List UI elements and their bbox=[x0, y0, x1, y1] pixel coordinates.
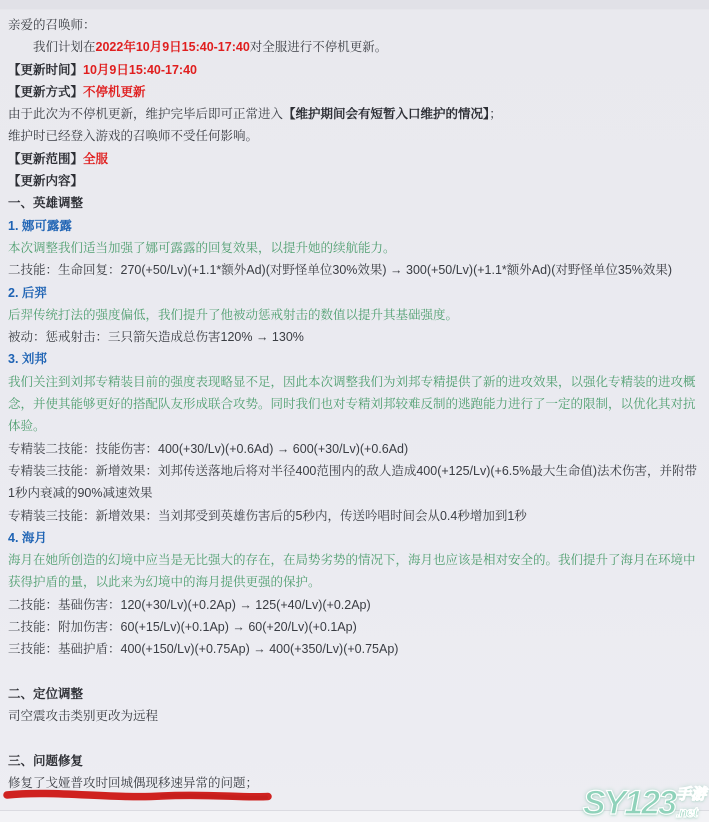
maintenance-note-1: 由于此次为不停机更新，维护完毕后即可正常进入【维护期间会有短暂入口维护的情况】； bbox=[8, 103, 701, 125]
section-2-title: 二、定位调整 bbox=[8, 683, 701, 705]
text-segment: 对全服进行不停机更新。 bbox=[250, 40, 388, 54]
text-segment: 3. 刘邦 bbox=[8, 352, 47, 366]
update-time: 【更新时间】10月9日15:40-17:40 bbox=[8, 59, 701, 81]
watermark-side-top-text: 手游 bbox=[676, 787, 706, 802]
top-gray-strip bbox=[0, 0, 709, 10]
update-content-label: 【更新内容】 bbox=[8, 170, 701, 192]
text-segment: 【更新内容】 bbox=[8, 174, 83, 188]
text-segment: 本次调整我们适当加强了娜可露露的回复效果，以提升她的续航能力。 bbox=[8, 241, 396, 255]
text-segment: 我们计划在 bbox=[33, 40, 96, 54]
section-3-title: 三、问题修复 bbox=[8, 750, 701, 772]
hero-2-note: 后羿传统打法的强度偏低，我们提升了他被动惩戒射击的数值以提升其基础强度。 bbox=[8, 304, 701, 326]
hero-4-note: 海月在她所创造的幻境中应当是无比强大的存在，在局势劣势的情况下，海月也应该是相对… bbox=[8, 549, 701, 594]
text-segment: 维护时已经登入游戏的召唤师不受任何影响。 bbox=[8, 129, 258, 143]
text-segment: ； bbox=[489, 107, 502, 121]
hero-4-skill-3: 三技能：基础护盾：400(+150/Lv)(+0.75Ap) → 400(+35… bbox=[8, 638, 701, 660]
section-2-item: 司空震攻击类别更改为远程 bbox=[8, 705, 701, 727]
hero-1-note: 本次调整我们适当加强了娜可露露的回复效果，以提升她的续航能力。 bbox=[8, 237, 701, 259]
text-segment: 不停机更新 bbox=[83, 85, 146, 99]
text-segment: 后羿传统打法的强度偏低，我们提升了他被动惩戒射击的数值以提升其基础强度。 bbox=[8, 308, 458, 322]
text-segment: 二、定位调整 bbox=[8, 687, 83, 701]
text-segment: 二技能：生命回复：270(+50/Lv)(+1.1*额外Ad)(对野怪单位30%… bbox=[8, 263, 672, 277]
text-segment: 一、英雄调整 bbox=[8, 196, 83, 210]
blank-2 bbox=[8, 728, 701, 750]
hero-1-title: 1. 娜可露露 bbox=[8, 215, 701, 237]
section-1-title: 一、英雄调整 bbox=[8, 192, 701, 214]
greeting: 亲爱的召唤师： bbox=[8, 14, 701, 36]
hero-4-skill-1: 二技能：基础伤害：120(+30/Lv)(+0.2Ap) → 125(+40/L… bbox=[8, 594, 701, 616]
hero-4-skill-2: 二技能：附加伤害：60(+15/Lv)(+0.1Ap) → 60(+20/Lv)… bbox=[8, 616, 701, 638]
watermark-main-text: SY123 bbox=[583, 786, 675, 820]
sy123-watermark-logo: SY123 手游 .net bbox=[583, 786, 706, 820]
text-segment: 三、问题修复 bbox=[8, 754, 83, 768]
content: 亲爱的召唤师：我们计划在2022年10月9日15:40-17:40对全服进行不停… bbox=[0, 10, 709, 794]
update-method: 【更新方式】不停机更新 bbox=[8, 81, 701, 103]
hero-3-note: 我们关注到刘邦专精装目前的强度表现略显不足，因此本次调整我们为刘邦专精提供了新的… bbox=[8, 371, 701, 438]
text-segment: 三技能：基础护盾：400(+150/Lv)(+0.75Ap) → 400(+35… bbox=[8, 642, 398, 656]
text-segment: 【维护期间会有短暂入口维护的情况】 bbox=[283, 107, 489, 121]
text-segment: 1. 娜可露露 bbox=[8, 219, 72, 233]
hero-4-title: 4. 海月 bbox=[8, 527, 701, 549]
update-scope: 【更新范围】全服 bbox=[8, 148, 701, 170]
text-segment: 全服 bbox=[83, 152, 108, 166]
text-segment: 【更新范围】 bbox=[8, 152, 83, 166]
text-segment: 被动：惩戒射击：三只箭矢造成总伤害120% → 130% bbox=[8, 330, 304, 344]
hero-1-skill: 二技能：生命回复：270(+50/Lv)(+1.1*额外Ad)(对野怪单位30%… bbox=[8, 259, 701, 281]
text-segment: 2. 后羿 bbox=[8, 286, 47, 300]
text-segment: 2022年10月9日15:40-17:40 bbox=[96, 40, 250, 54]
text-segment: 专精装三技能：新增效果：刘邦传送落地后将对半径400范围内的敌人造成400(+1… bbox=[8, 464, 697, 500]
text-segment: 【更新时间】 bbox=[8, 63, 83, 77]
text-segment: 二技能：基础伤害：120(+30/Lv)(+0.2Ap) → 125(+40/L… bbox=[8, 598, 371, 612]
text-segment: 海月在她所创造的幻境中应当是无比强大的存在，在局势劣势的情况下，海月也应该是相对… bbox=[8, 553, 696, 589]
text-segment: 由于此次为不停机更新，维护完毕后即可正常进入 bbox=[8, 107, 283, 121]
text-segment: 【更新方式】 bbox=[8, 85, 83, 99]
text-segment: 4. 海月 bbox=[8, 531, 47, 545]
watermark-side-bottom-text: .net bbox=[676, 805, 706, 819]
hero-2-skill: 被动：惩戒射击：三只箭矢造成总伤害120% → 130% bbox=[8, 326, 701, 348]
hero-3-skill-3: 专精装三技能：新增效果：当刘邦受到英雄伤害后的5秒内，传送吟唱时间会从0.4秒增… bbox=[8, 505, 701, 527]
hero-3-skill-1: 专精装二技能：技能伤害：400(+30/Lv)(+0.6Ad) → 600(+3… bbox=[8, 438, 701, 460]
text-segment: 专精装二技能：技能伤害：400(+30/Lv)(+0.6Ad) → 600(+3… bbox=[8, 442, 408, 456]
announcement-page: 亲爱的召唤师：我们计划在2022年10月9日15:40-17:40对全服进行不停… bbox=[0, 0, 709, 822]
text-segment: 我们关注到刘邦专精装目前的强度表现略显不足，因此本次调整我们为刘邦专精提供了新的… bbox=[8, 375, 696, 434]
text-segment: 修复了戈娅普攻时回城偶现移速异常的问题； bbox=[8, 776, 258, 790]
text-segment: 司空震攻击类别更改为远程 bbox=[8, 709, 158, 723]
watermark-side-column: 手游 .net bbox=[676, 786, 706, 819]
text-segment: 亲爱的召唤师： bbox=[8, 18, 96, 32]
text-segment: 专精装三技能：新增效果：当刘邦受到英雄伤害后的5秒内，传送吟唱时间会从0.4秒增… bbox=[8, 509, 527, 523]
maintenance-note-2: 维护时已经登入游戏的召唤师不受任何影响。 bbox=[8, 125, 701, 147]
blank-1 bbox=[8, 661, 701, 683]
text-segment: 10月9日15:40-17:40 bbox=[83, 63, 197, 77]
schedule-notice: 我们计划在2022年10月9日15:40-17:40对全服进行不停机更新。 bbox=[8, 36, 701, 58]
hero-3-title: 3. 刘邦 bbox=[8, 348, 701, 370]
hero-2-title: 2. 后羿 bbox=[8, 282, 701, 304]
hero-3-skill-2: 专精装三技能：新增效果：刘邦传送落地后将对半径400范围内的敌人造成400(+1… bbox=[8, 460, 701, 505]
text-segment: 二技能：附加伤害：60(+15/Lv)(+0.1Ap) → 60(+20/Lv)… bbox=[8, 620, 357, 634]
